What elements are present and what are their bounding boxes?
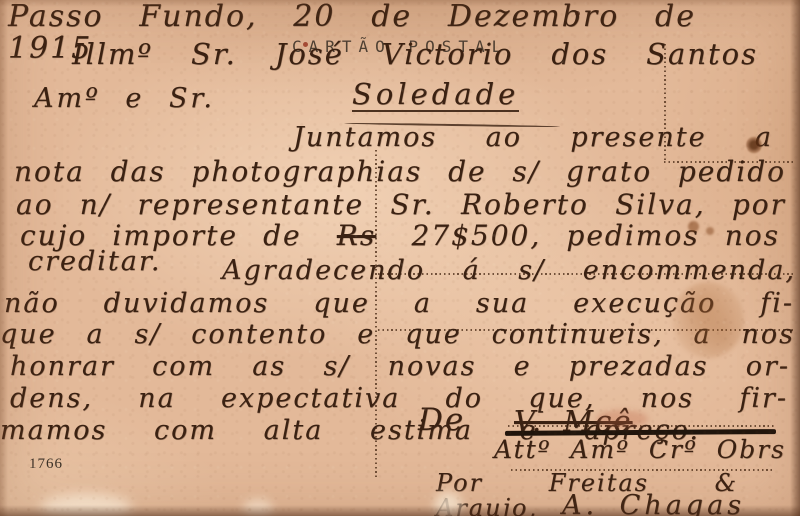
amount-value: 27$500, pedimos nos — [411, 219, 780, 252]
body-line-2: nota das photographias de s/ grato pedid… — [14, 157, 786, 186]
closing-regards: Attº Amº Crº Obrs — [494, 437, 786, 463]
body-line-7: não duvidamos que a sua execução fi- — [4, 290, 794, 318]
body-line-8: que a s/ contento e que continueis, a no… — [0, 321, 795, 349]
serial-number: 1766 — [29, 456, 63, 473]
body-line-6: Agradecendo á s/ encommenda, — [222, 257, 796, 285]
body-line-3: ao n/ representante Sr. Roberto Silva, p… — [16, 190, 786, 219]
destination: Soledade — [352, 79, 519, 112]
gloss-highlight — [243, 499, 273, 516]
salutation: Amº e Sr. — [34, 85, 215, 113]
gloss-highlight — [40, 494, 132, 516]
closing-de: De — [418, 404, 465, 437]
body-line-1: Juntamos ao presente a — [293, 124, 773, 152]
addressee: Illmº Sr. José Victorio dos Santos — [72, 39, 758, 69]
postcard-back: CARTÃO POSTAL 1766 Passo Fundo, 20 de De… — [0, 0, 800, 516]
closing-signature: A. Chagas — [562, 492, 745, 516]
body-line-10: dens, na expectativa do que, nos fir- — [10, 385, 788, 413]
body-line-9: honrar com as s/ novas e prezadas or- — [10, 353, 790, 381]
body-line-5: creditar. — [28, 248, 161, 276]
amount-struck-currency: Rs — [337, 219, 376, 252]
